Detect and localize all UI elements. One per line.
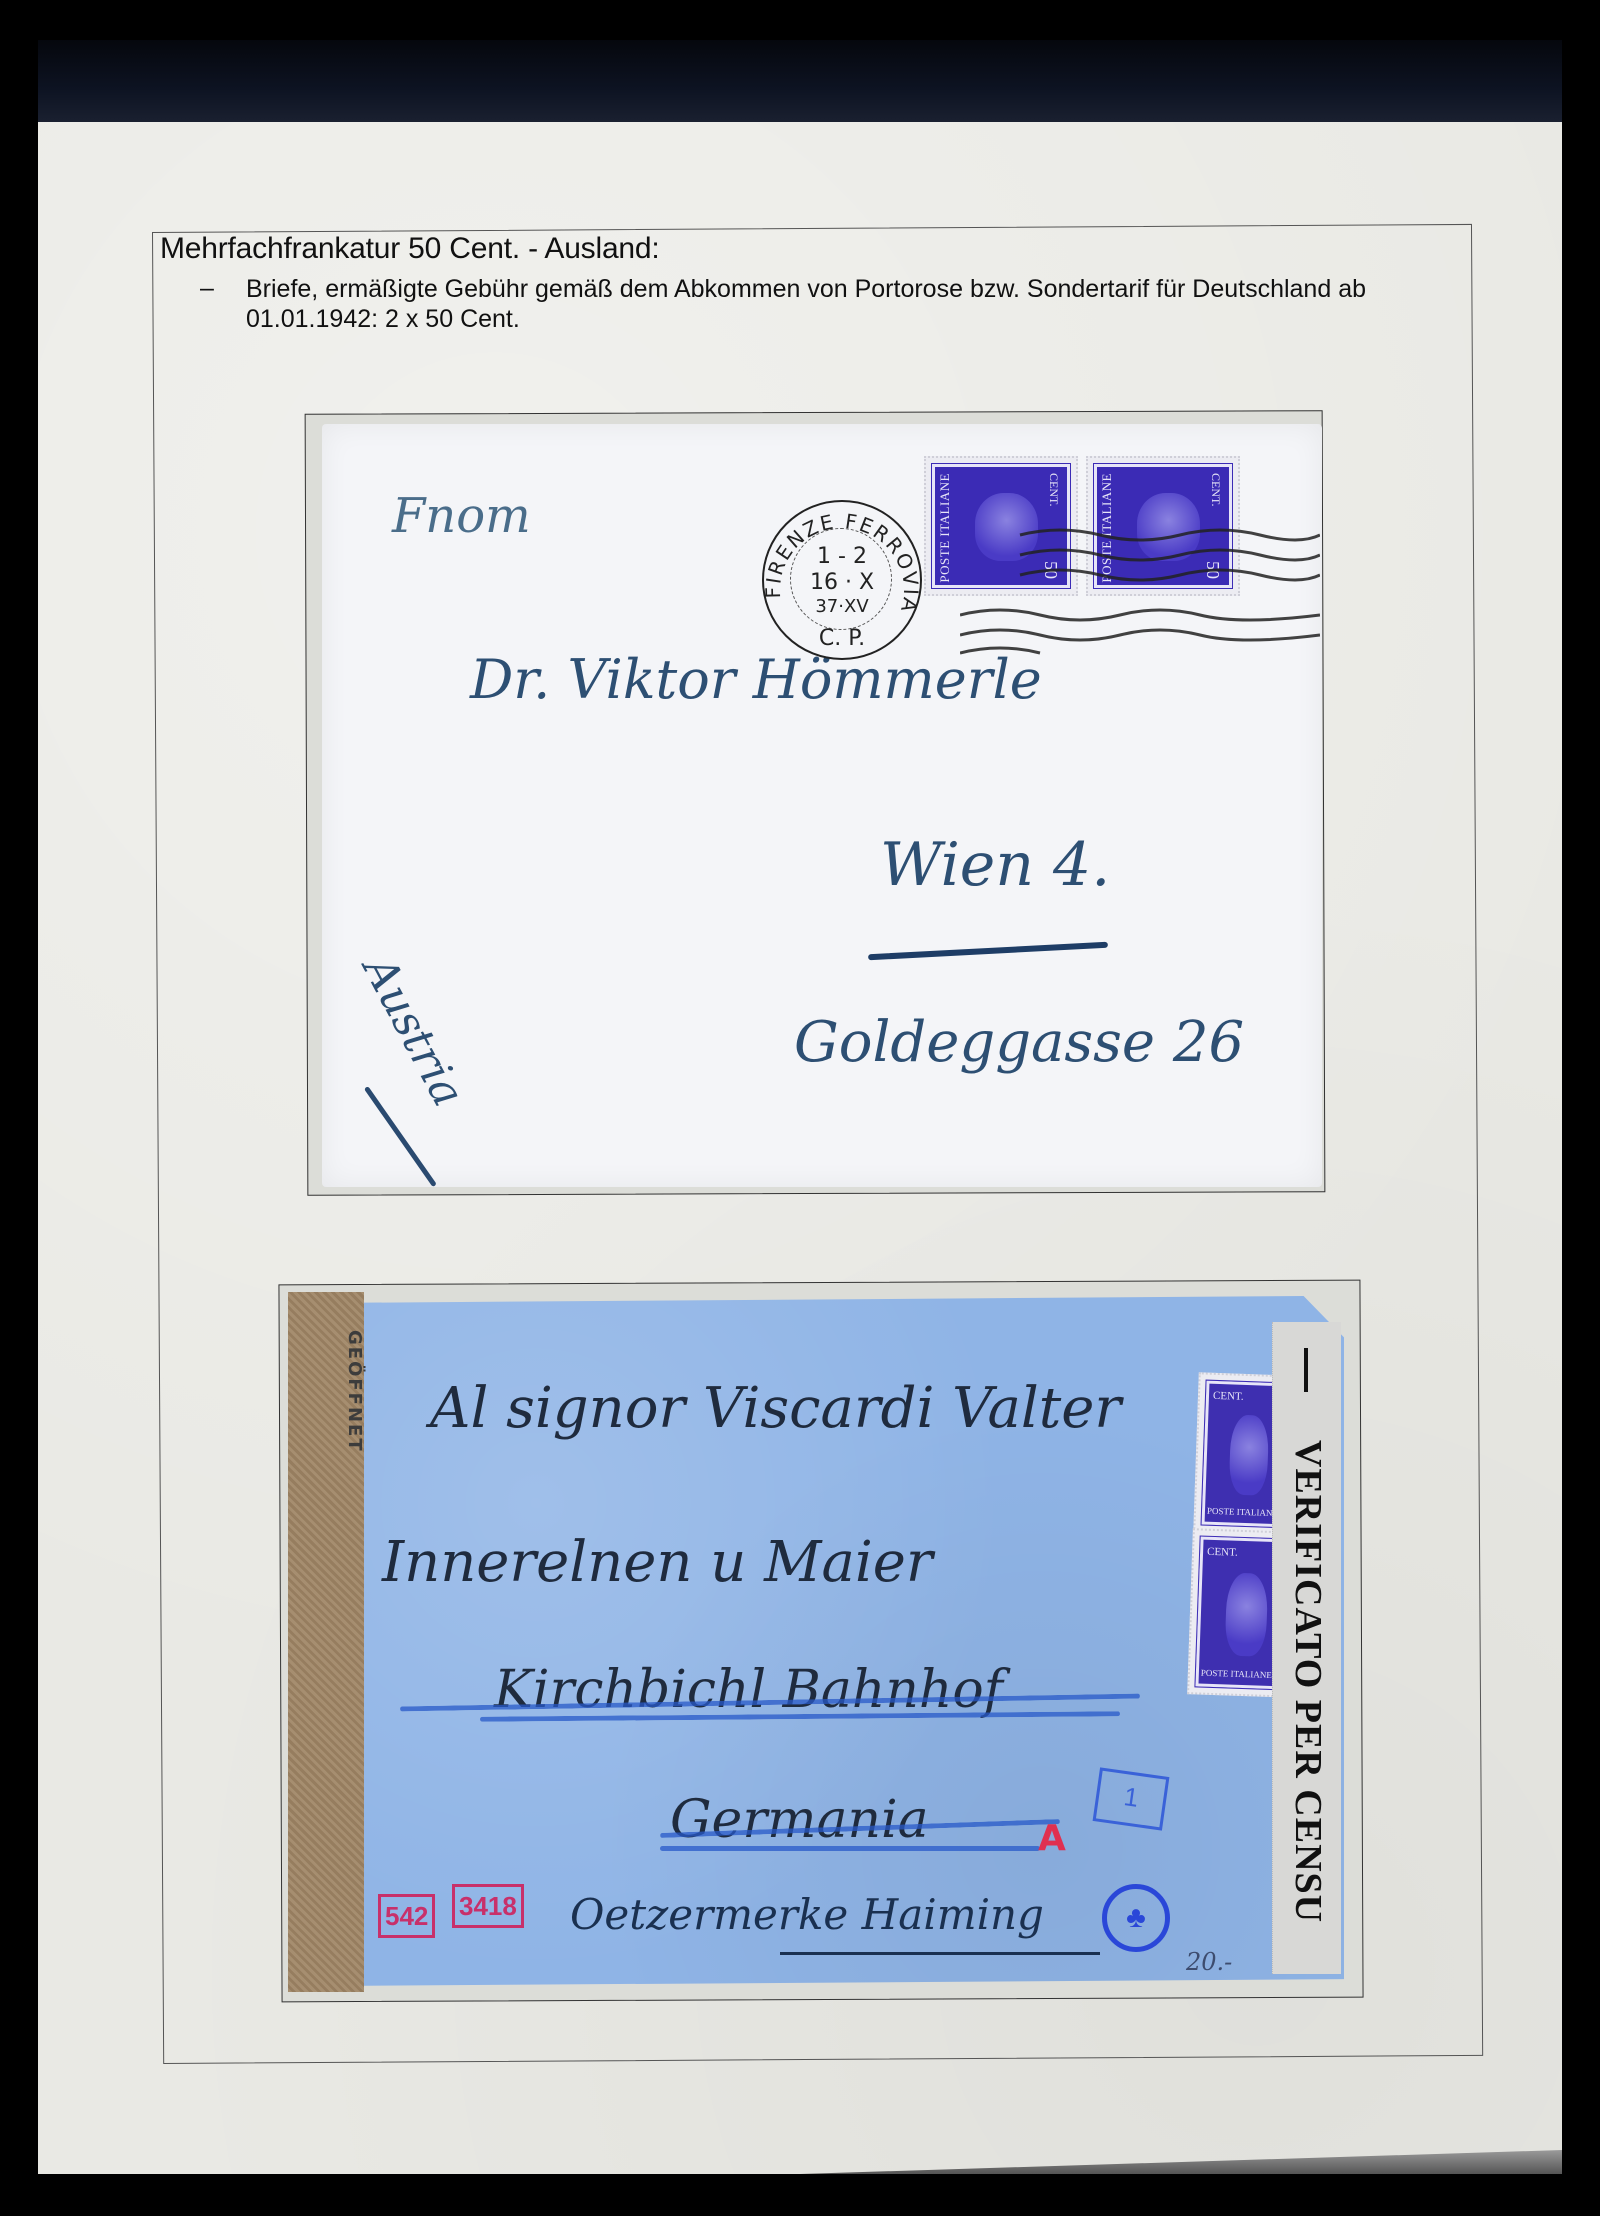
cover2-address-line-1: Al signor Viscardi Valter — [430, 1376, 1121, 1441]
cover2-address-line-4: Germania — [670, 1790, 929, 1850]
album-page-top-edge — [38, 40, 1562, 122]
cover1-machine-cancel — [960, 505, 1320, 655]
postmark-time: 1 - 2 — [764, 544, 920, 569]
page-title: Mehrfachfrankatur 50 Cent. - Ausland: — [160, 232, 660, 266]
cover2-address-line-2: Innerelnen u Maier — [382, 1530, 933, 1595]
stamp-currency: CENT. — [1213, 1390, 1244, 1403]
cover1-address-line-3: Goldeggasse 26 — [794, 1010, 1244, 1075]
postmark-date: 16 · X — [764, 570, 920, 595]
stamp-country-label: POSTE ITALIANE — [1207, 1506, 1278, 1518]
cover1-address-line-1: Dr. Viktor Hömmerle — [470, 648, 1042, 711]
postmark-office: C. P. — [764, 626, 920, 651]
cover2-address-line-3: Kirchbichl Bahnhof — [494, 1660, 1003, 1720]
cover1-postmark: FIRENZE FERROVIA 1 - 2 16 · X 37·XV C. P… — [762, 500, 922, 660]
cover2-round-censor-stamp: ♣ — [1102, 1884, 1170, 1952]
censor-strip-bar — [1304, 1348, 1308, 1392]
stamp-country-label: POSTE ITALIANE — [1201, 1668, 1272, 1680]
bullet-marker: – — [200, 274, 214, 303]
bullet-description: Briefe, ermäßigte Gebühr gemäß dem Abkom… — [246, 274, 1446, 334]
censor-strip-text: VERIFICATO PER CENSU — [1286, 1440, 1330, 1923]
cover2-pencil-note: 20.- — [1186, 1948, 1232, 1976]
postmark-year: 37·XV — [764, 596, 920, 617]
stamp-currency: CENT. — [1208, 473, 1223, 506]
stamp-portrait — [1229, 1415, 1269, 1496]
censor-tape-text: GEÖFFNET — [344, 1330, 365, 1453]
cover2-box-stamp-b: 3418 — [452, 1884, 524, 1928]
stamp-portrait — [1225, 1572, 1268, 1657]
cover2-blue-box-mark: 1 — [1093, 1767, 1170, 1830]
strikethrough — [660, 1846, 1040, 1851]
cover2-red-mark: A — [1038, 1818, 1066, 1859]
cover2-box-stamp-a: 542 — [378, 1894, 435, 1938]
cover2-underline — [780, 1952, 1100, 1955]
cover2-address-line-5: Oetzermerke Haiming — [570, 1890, 1044, 1939]
cover1-sender-label: Fnom — [392, 488, 531, 544]
stamp-country-label: POSTE ITALIANE — [937, 473, 953, 583]
stamp-currency: CENT. — [1046, 473, 1061, 506]
stamp-currency: CENT. — [1207, 1546, 1238, 1559]
cover1-address-line-2: Wien 4. — [880, 830, 1110, 900]
